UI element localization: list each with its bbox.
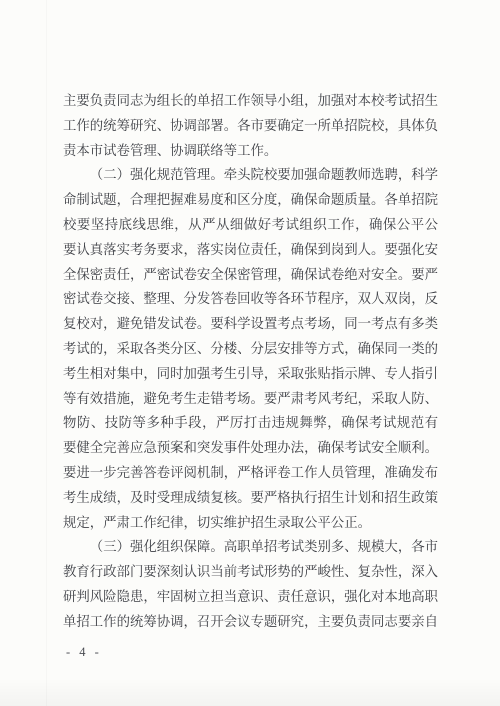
document-line: 校要坚持底线思维，从严从细做好考试组织工作，确保公平公正。 [63,213,438,238]
document-line: 命制试题，合理把握难易度和区分度，确保命题质量。各单招院 [63,188,438,213]
document-body-text: 主要负责同志为组长的单招工作领导小组，加强对本校考试招生工作的统筹研究、协调部署… [63,89,438,635]
document-line: 规定，严肃工作纪律，切实维护招生录取公平公正。 [63,511,438,536]
document-line: 要认真落实考务要求，落实岗位责任，确保到岗到人。要强化安 [63,238,438,263]
document-line: 要进一步完善答卷评阅机制，严格评卷工作人员管理，准确发布 [63,461,438,486]
document-line: 工作的统筹研究、协调部署。各市要确定一所单招院校，具体负 [63,114,438,139]
document-line: 等有效措施，避免考生走错考场。要严肃考风考纪，采取人防、 [63,387,438,412]
document-line: （二）强化规范管理。牵头院校要加强命题教师选聘，科学 [63,163,438,188]
document-line: 研判风险隐患，牢固树立担当意识、责任意识，强化对本地高职 [63,585,438,610]
document-line: 考试的，采取各类分区、分楼、分层安排等方式，确保同一类的 [63,337,438,362]
document-line: 全保密责任，严密试卷安全保密管理，确保试卷绝对安全。要严 [63,263,438,288]
document-line: 教育行政部门要深刻认识当前考试形势的严峻性、复杂性，深入 [63,560,438,585]
scanned-document-page: { "colors": { "ink": "#3b3d43", "paper":… [0,0,500,706]
document-line: 考生相对集中，同时加强考生引导，采取张贴指示牌、专人指引 [63,362,438,387]
scan-artifact-line [46,0,47,706]
page-number: - 4 - [66,643,102,661]
document-line: 考生成绩，及时受理成绩复核。要严格执行招生计划和招生政策 [63,486,438,511]
document-line: 要健全完善应急预案和突发事件处理办法，确保考试安全顺利。 [63,436,438,461]
document-line: 责本市试卷管理、协调联络等工作。 [63,139,438,164]
document-line: 复校对，避免错发试卷。要科学设置考点考场，同一考点有多类 [63,312,438,337]
document-line: 单招工作的统筹协调，召开会议专题研究，主要负责同志要亲自 [63,610,438,635]
document-line: （三）强化组织保障。高职单招考试类别多、规模大，各市 [63,535,438,560]
document-line: 物防、技防等多种手段，严厉打击违规舞弊，确保考试规范有序。 [63,411,438,436]
document-line: 密试卷交接、整理、分发答卷回收等各环节程序，双人双岗，反 [63,287,438,312]
document-line: 主要负责同志为组长的单招工作领导小组，加强对本校考试招生 [63,89,438,114]
